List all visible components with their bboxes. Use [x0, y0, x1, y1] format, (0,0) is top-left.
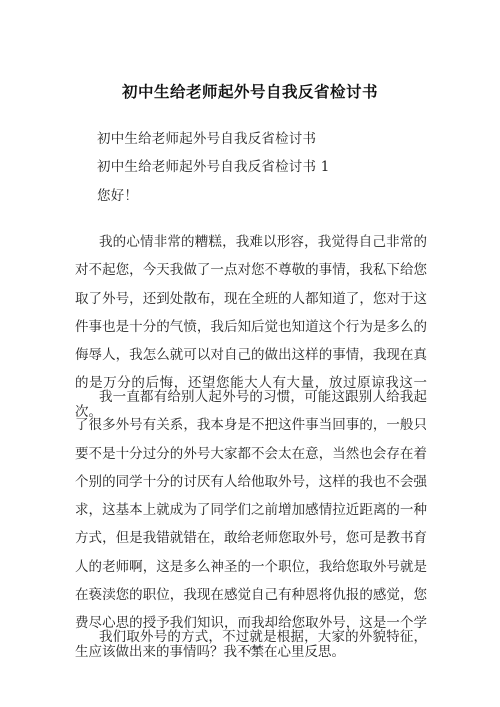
document-title: 初中生给老师起外号自我反省检讨书: [0, 80, 500, 102]
greeting: 您好！: [97, 184, 138, 204]
subtitle-line-2: 初中生给老师起外号自我反省检讨书 1: [97, 155, 329, 175]
page-indicator: 1 / 4: [0, 646, 500, 655]
document-page: 初中生给老师起外号自我反省检讨书 初中生给老师起外号自我反省检讨书 初中生给老师…: [0, 0, 500, 707]
subtitle-line-1: 初中生给老师起外号自我反省检讨书: [97, 127, 316, 147]
